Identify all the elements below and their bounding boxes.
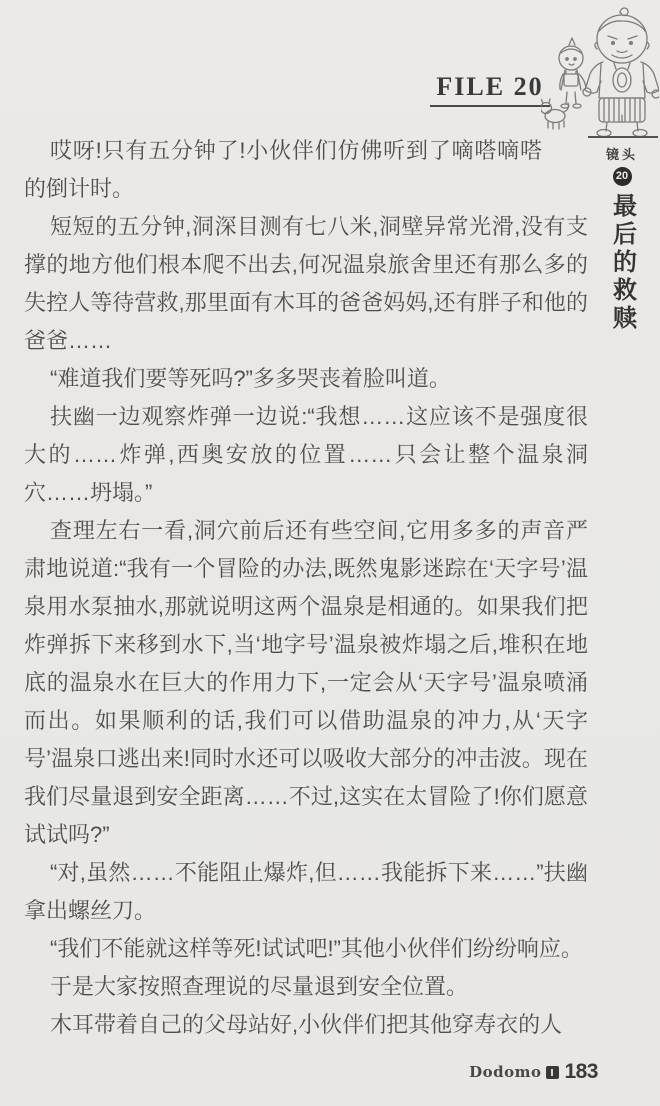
- book-page: FILE 20: [0, 0, 660, 1106]
- characters-illustration: [541, 2, 659, 138]
- paragraph-6: “对,虽然……不能阻止爆炸,但……我能拆下来……”扶幽拿出螺丝刀。: [24, 854, 588, 930]
- paragraph-8: 于是大家按照查理说的尽量退到安全位置。: [24, 968, 588, 1006]
- story-text: 哎呀!只有五分钟了!小伙伴们仿佛听到了嘀嗒嘀嗒的倒计时。 短短的五分钟,洞深目测…: [0, 132, 660, 1044]
- illustration-wrap-spacer: [542, 132, 588, 166]
- boy-hair-icon: [569, 38, 575, 45]
- paragraph-4: 扶幽一边观察炸弹一边说:“我想……这应该不是强度很大的……炸弹,西奥安放的位置……: [24, 398, 588, 512]
- paragraph-1: 哎呀!只有五分钟了!小伙伴们仿佛听到了嘀嗒嘀嗒的倒计时。: [24, 132, 588, 208]
- paragraph-2: 短短的五分钟,洞深目测有七八米,洞壁异常光滑,没有支撑的地方他们根本爬不出去,何…: [24, 208, 588, 360]
- publisher-logo-icon: [546, 1066, 559, 1079]
- page-number: 183: [564, 1060, 598, 1084]
- file-label: FILE 20: [436, 72, 543, 101]
- paragraph-7: “我们不能就这样等死!试试吧!”其他小伙伴们纷纷响应。: [24, 930, 588, 968]
- logo-mark: [551, 1069, 553, 1076]
- file-heading: FILE 20: [430, 72, 550, 107]
- paragraph-9: 木耳带着自己的父母站好,小伙伴们把其他穿寿衣的人: [24, 1006, 588, 1044]
- page-footer: Dodomo 183: [469, 1060, 598, 1084]
- brand-label: Dodomo: [469, 1063, 541, 1081]
- paragraph-5: 查理左右一看,洞穴前后还有些空间,它用多多的声音严肃地说道:“我有一个冒险的办法…: [24, 512, 588, 854]
- puppy-icon: [545, 110, 565, 123]
- paragraph-3: “难道我们要等死吗?”多多哭丧着脸叫道。: [24, 360, 588, 398]
